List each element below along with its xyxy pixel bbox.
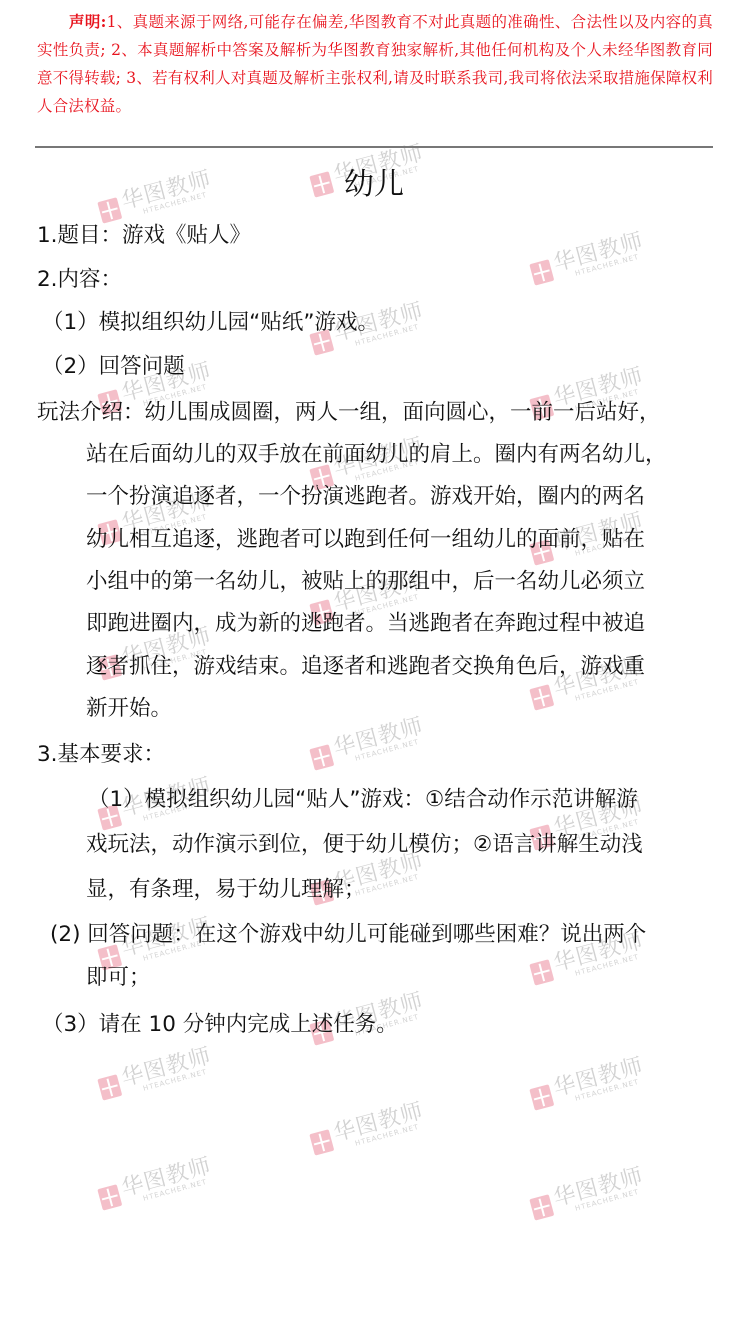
- huatu-logo-icon: [529, 959, 554, 985]
- rules-line: 幼儿相互追逐，逃跑者可以跑到任何一组幼儿的面前，贴在: [86, 525, 645, 555]
- rules-line: 即跑进圈内，成为新的逃跑者。当逃跑者在奔跑过程中被追: [86, 609, 645, 639]
- content-heading: 2.内容：: [37, 265, 122, 295]
- topic-line: 1.题目：游戏《贴人》: [37, 221, 251, 251]
- rules-line: 一个扮演追逐者，一个扮演逃跑者。游戏开始，圈内的两名: [86, 482, 645, 512]
- huatu-logo-icon: [529, 259, 554, 285]
- huatu-logo-icon: [97, 1074, 122, 1100]
- requirement-item-1: （1）模拟组织幼儿园“贴人”游戏：①结合动作示范讲解游: [88, 785, 638, 815]
- rules-line: 逐者抓住，游戏结束。追逐者和逃跑者交换角色后，游戏重: [86, 652, 645, 682]
- content-item-1: （1）模拟组织幼儿园“贴纸”游戏。: [42, 308, 379, 338]
- watermark-logo: 华图教师HTEACHER.NET: [528, 1165, 648, 1223]
- watermark-logo: 华图教师HTEACHER.NET: [96, 1045, 216, 1103]
- content-item-2: （2）回答问题: [42, 352, 185, 382]
- requirement-item-2-cont: 即可；: [86, 963, 151, 993]
- rules-line: 站在后面幼儿的双手放在前面幼儿的肩上。圈内有两名幼儿，: [86, 440, 667, 470]
- watermark-logo: 华图教师HTEACHER.NET: [308, 715, 428, 773]
- requirement-item-2: (2) 回答问题：在这个游戏中幼儿可能碰到哪些困难？说出两个: [50, 920, 646, 950]
- huatu-logo-icon: [97, 1184, 122, 1210]
- huatu-logo-icon: [309, 744, 334, 770]
- disclaimer-lead: 声明:: [69, 12, 107, 31]
- requirement-item-1-cont: 显，有条理，易于幼儿理解；: [86, 875, 366, 905]
- disclaimer-text: 1、真题来源于网络,可能存在偏差,华图教育不对此真题的准确性、合法性以及内容的真…: [37, 13, 713, 115]
- rules-line: 玩法介绍：幼儿围成圆圈，两人一组，面向圆心，一前一后站好，: [37, 398, 661, 428]
- watermark-logo: 华图教师HTEACHER.NET: [528, 1055, 648, 1113]
- huatu-logo-icon: [309, 1129, 334, 1155]
- watermark-logo: 华图教师HTEACHER.NET: [308, 1100, 428, 1158]
- disclaimer: 声明:1、真题来源于网络,可能存在偏差,华图教育不对此真题的准确性、合法性以及内…: [37, 8, 713, 120]
- huatu-logo-icon: [529, 1194, 554, 1220]
- rules-line: 小组中的第一名幼儿，被贴上的那组中，后一名幼儿必须立: [86, 567, 645, 597]
- huatu-logo-icon: [529, 1084, 554, 1110]
- watermark-logo: 华图教师HTEACHER.NET: [528, 230, 648, 288]
- rules-line: 新开始。: [86, 694, 172, 724]
- requirement-item-1-cont: 戏玩法，动作演示到位，便于幼儿模仿；②语言讲解生动浅: [86, 830, 643, 860]
- requirement-item-3: （3）请在 10 分钟内完成上述任务。: [42, 1010, 398, 1040]
- separator-line: [35, 146, 713, 148]
- page-title: 幼儿: [0, 163, 748, 207]
- huatu-logo-icon: [529, 684, 554, 710]
- watermark-logo: 华图教师HTEACHER.NET: [96, 1155, 216, 1213]
- requirements-heading: 3.基本要求：: [37, 740, 165, 770]
